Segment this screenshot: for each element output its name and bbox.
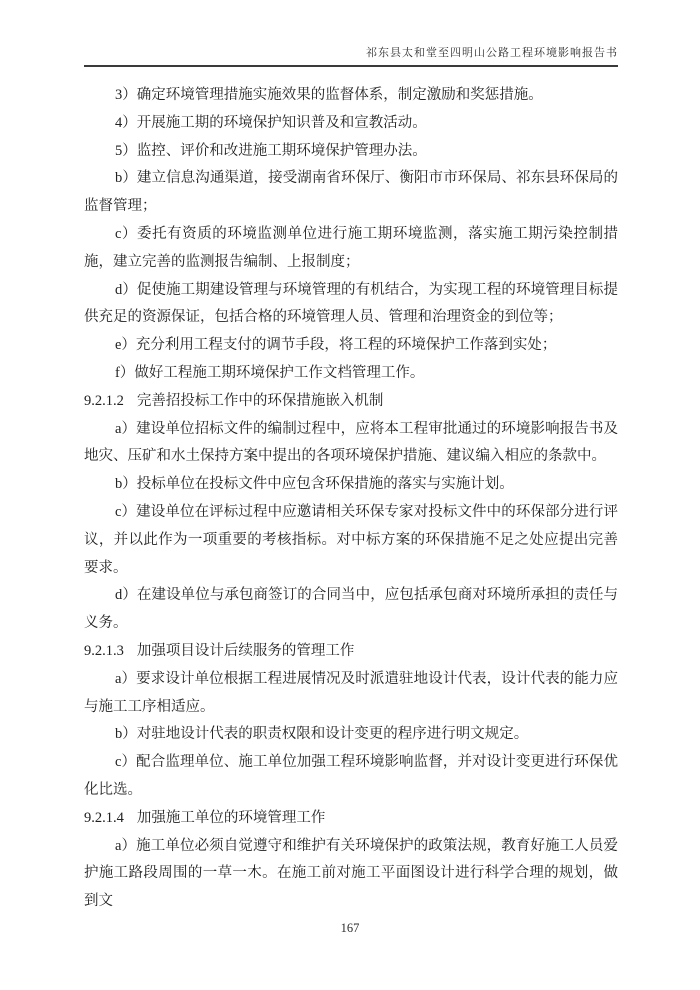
section-heading: 9.2.1.2完善招投标工作中的环保措施嵌入机制 [84,388,618,416]
page-header: 祁东县太和堂至四明山公路工程环境影响报告书 [84,46,618,67]
paragraph: b）投标单位在投标文件中应包含环保措施的落实与实施计划。 [84,471,618,499]
section-heading: 9.2.1.4加强施工单位的环境管理工作 [84,805,618,833]
paragraph: c）委托有资质的环境监测单位进行施工期环境监测，落实施工期污染控制措施，建立完善… [84,221,618,277]
paragraph: d）在建设单位与承包商签订的合同当中，应包括承包商对环境所承担的责任与义务。 [84,582,618,638]
paragraph: a）施工单位必须自觉遵守和维护有关环境保护的政策法规，教育好施工人员爱护施工路段… [84,833,618,916]
paragraph: f）做好工程施工期环境保护工作文档管理工作。 [84,360,618,388]
section-heading: 9.2.1.3加强项目设计后续服务的管理工作 [84,638,618,666]
paragraph: c）建设单位在评标过程中应邀请相关环保专家对投标文件中的环保部分进行评议，并以此… [84,499,618,582]
page-footer: 167 [0,921,700,936]
paragraph: 4）开展施工期的环境保护知识普及和宣教活动。 [84,110,618,138]
paragraph: b）建立信息沟通渠道，接受湖南省环保厅、衡阳市市环保局、祁东县环保局的监督管理； [84,165,618,221]
section-title: 加强施工单位的环境管理工作 [137,810,326,826]
section-title: 完善招投标工作中的环保措施嵌入机制 [137,393,384,409]
page-number: 167 [341,921,360,935]
section-number: 9.2.1.4 [84,810,124,826]
paragraph: c）配合监理单位、施工单位加强工程环境影响监督，并对设计变更进行环保优化比选。 [84,749,618,805]
paragraph: e）充分利用工程支付的调节手段，将工程的环境保护工作落到实处； [84,332,618,360]
section-number: 9.2.1.3 [84,643,124,659]
header-running-title: 祁东县太和堂至四明山公路工程环境影响报告书 [366,47,618,59]
document-body: 3）确定环境管理措施实施效果的监督体系，制定激励和奖惩措施。4）开展施工期的环境… [84,82,618,916]
document-page: 祁东县太和堂至四明山公路工程环境影响报告书 3）确定环境管理措施实施效果的监督体… [0,0,700,990]
paragraph: d）促使施工期建设管理与环境管理的有机结合，为实现工程的环境管理目标提供充足的资… [84,277,618,333]
paragraph: b）对驻地设计代表的职责权限和设计变更的程序进行明文规定。 [84,721,618,749]
paragraph: a）建设单位招标文件的编制过程中，应将本工程审批通过的环境影响报告书及地灾、压矿… [84,416,618,472]
paragraph: 5）监控、评价和改进施工期环境保护管理办法。 [84,138,618,166]
section-number: 9.2.1.2 [84,393,124,409]
paragraph: 3）确定环境管理措施实施效果的监督体系，制定激励和奖惩措施。 [84,82,618,110]
section-title: 加强项目设计后续服务的管理工作 [137,643,355,659]
paragraph: a）要求设计单位根据工程进展情况及时派遣驻地设计代表，设计代表的能力应与施工工序… [84,666,618,722]
